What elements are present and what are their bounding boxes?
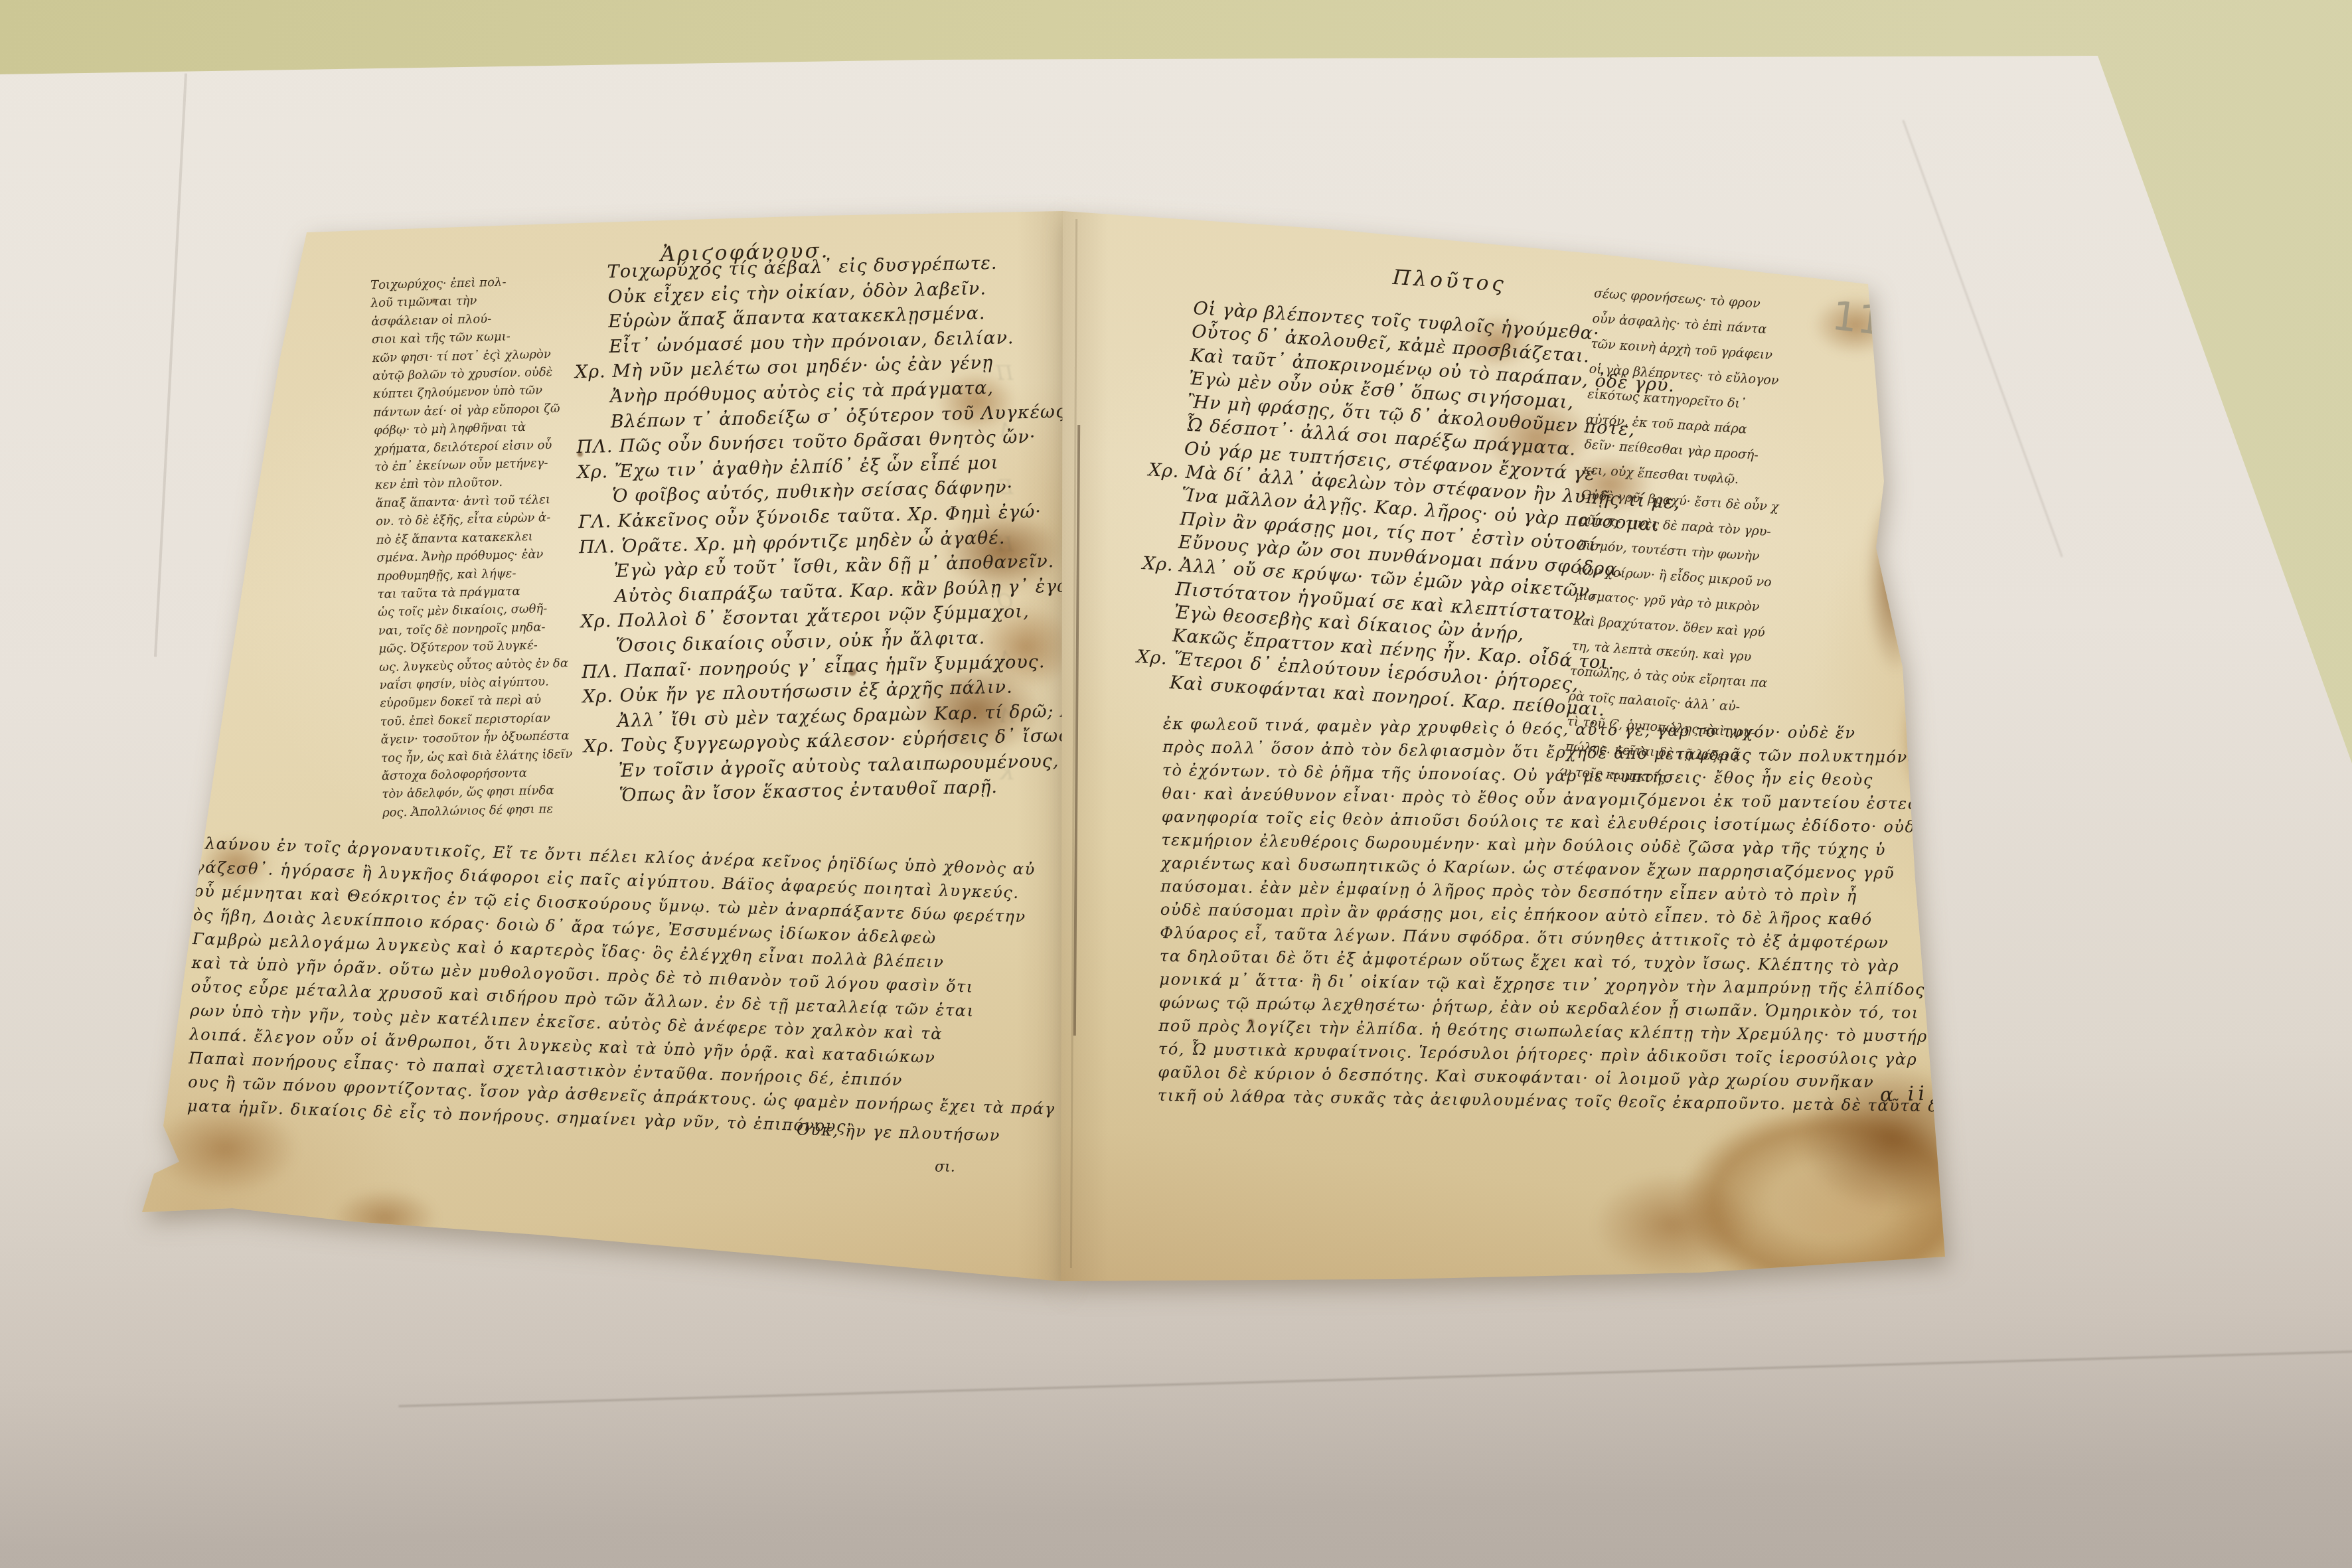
quire-signature: α ii	[1879, 1082, 1928, 1107]
text-line: ρος. Ἀπολλώνιος δέ φησι πε	[382, 799, 582, 822]
left-leaf-paper: ΠΛΕΗΟΔΛΚ Ἀριϛοφάνουσ. Τοιχωρύχος· ἐπεὶ π…	[113, 199, 1089, 1301]
left-margin-scholia: Τοιχωρύχος· ἐπεὶ πολ-λοῦ τιμῶνται τὴνἀσφ…	[370, 272, 582, 822]
right-running-head: Πλοῦτος	[1343, 262, 1557, 299]
left-book-leaf: ΠΛΕΗΟΔΛΚ Ἀριϛοφάνουσ. Τοιχωρύχος· ἐπεὶ π…	[113, 199, 1089, 1301]
catchword: σι.	[935, 1159, 955, 1176]
ink-spot	[1753, 262, 1758, 268]
photo-of-open-early-printed-book: ΠΛΕΗΟΔΛΚ Ἀριϛοφάνουσ. Τοιχωρύχος· ἐπεὶ π…	[0, 0, 2352, 1568]
left-bottom-scholia: ἐλαύνου ἐν τοῖς ἀργοναυτικοῖς, Εἴ τε ὄντ…	[187, 831, 1078, 1146]
right-book-leaf: 11 Πλοῦτος Οἱ γὰρ βλέποντες τοῖς τυφλοῖς…	[1049, 202, 1992, 1291]
right-leaf-paper: 11 Πλοῦτος Οἱ γὰρ βλέποντες τοῖς τυφλοῖς…	[1049, 202, 1992, 1291]
left-main-verse-text: Τοιχωρύχος τίς ἀέβαλ᾽ εἰς δυσγρέπωτε.Οὐκ…	[572, 249, 1089, 809]
right-bottom-scholia: ἐκ φωλεοῦ τινά, φαμὲν γὰρ χρυφθεὶς ὁ θεό…	[1158, 712, 1953, 1119]
